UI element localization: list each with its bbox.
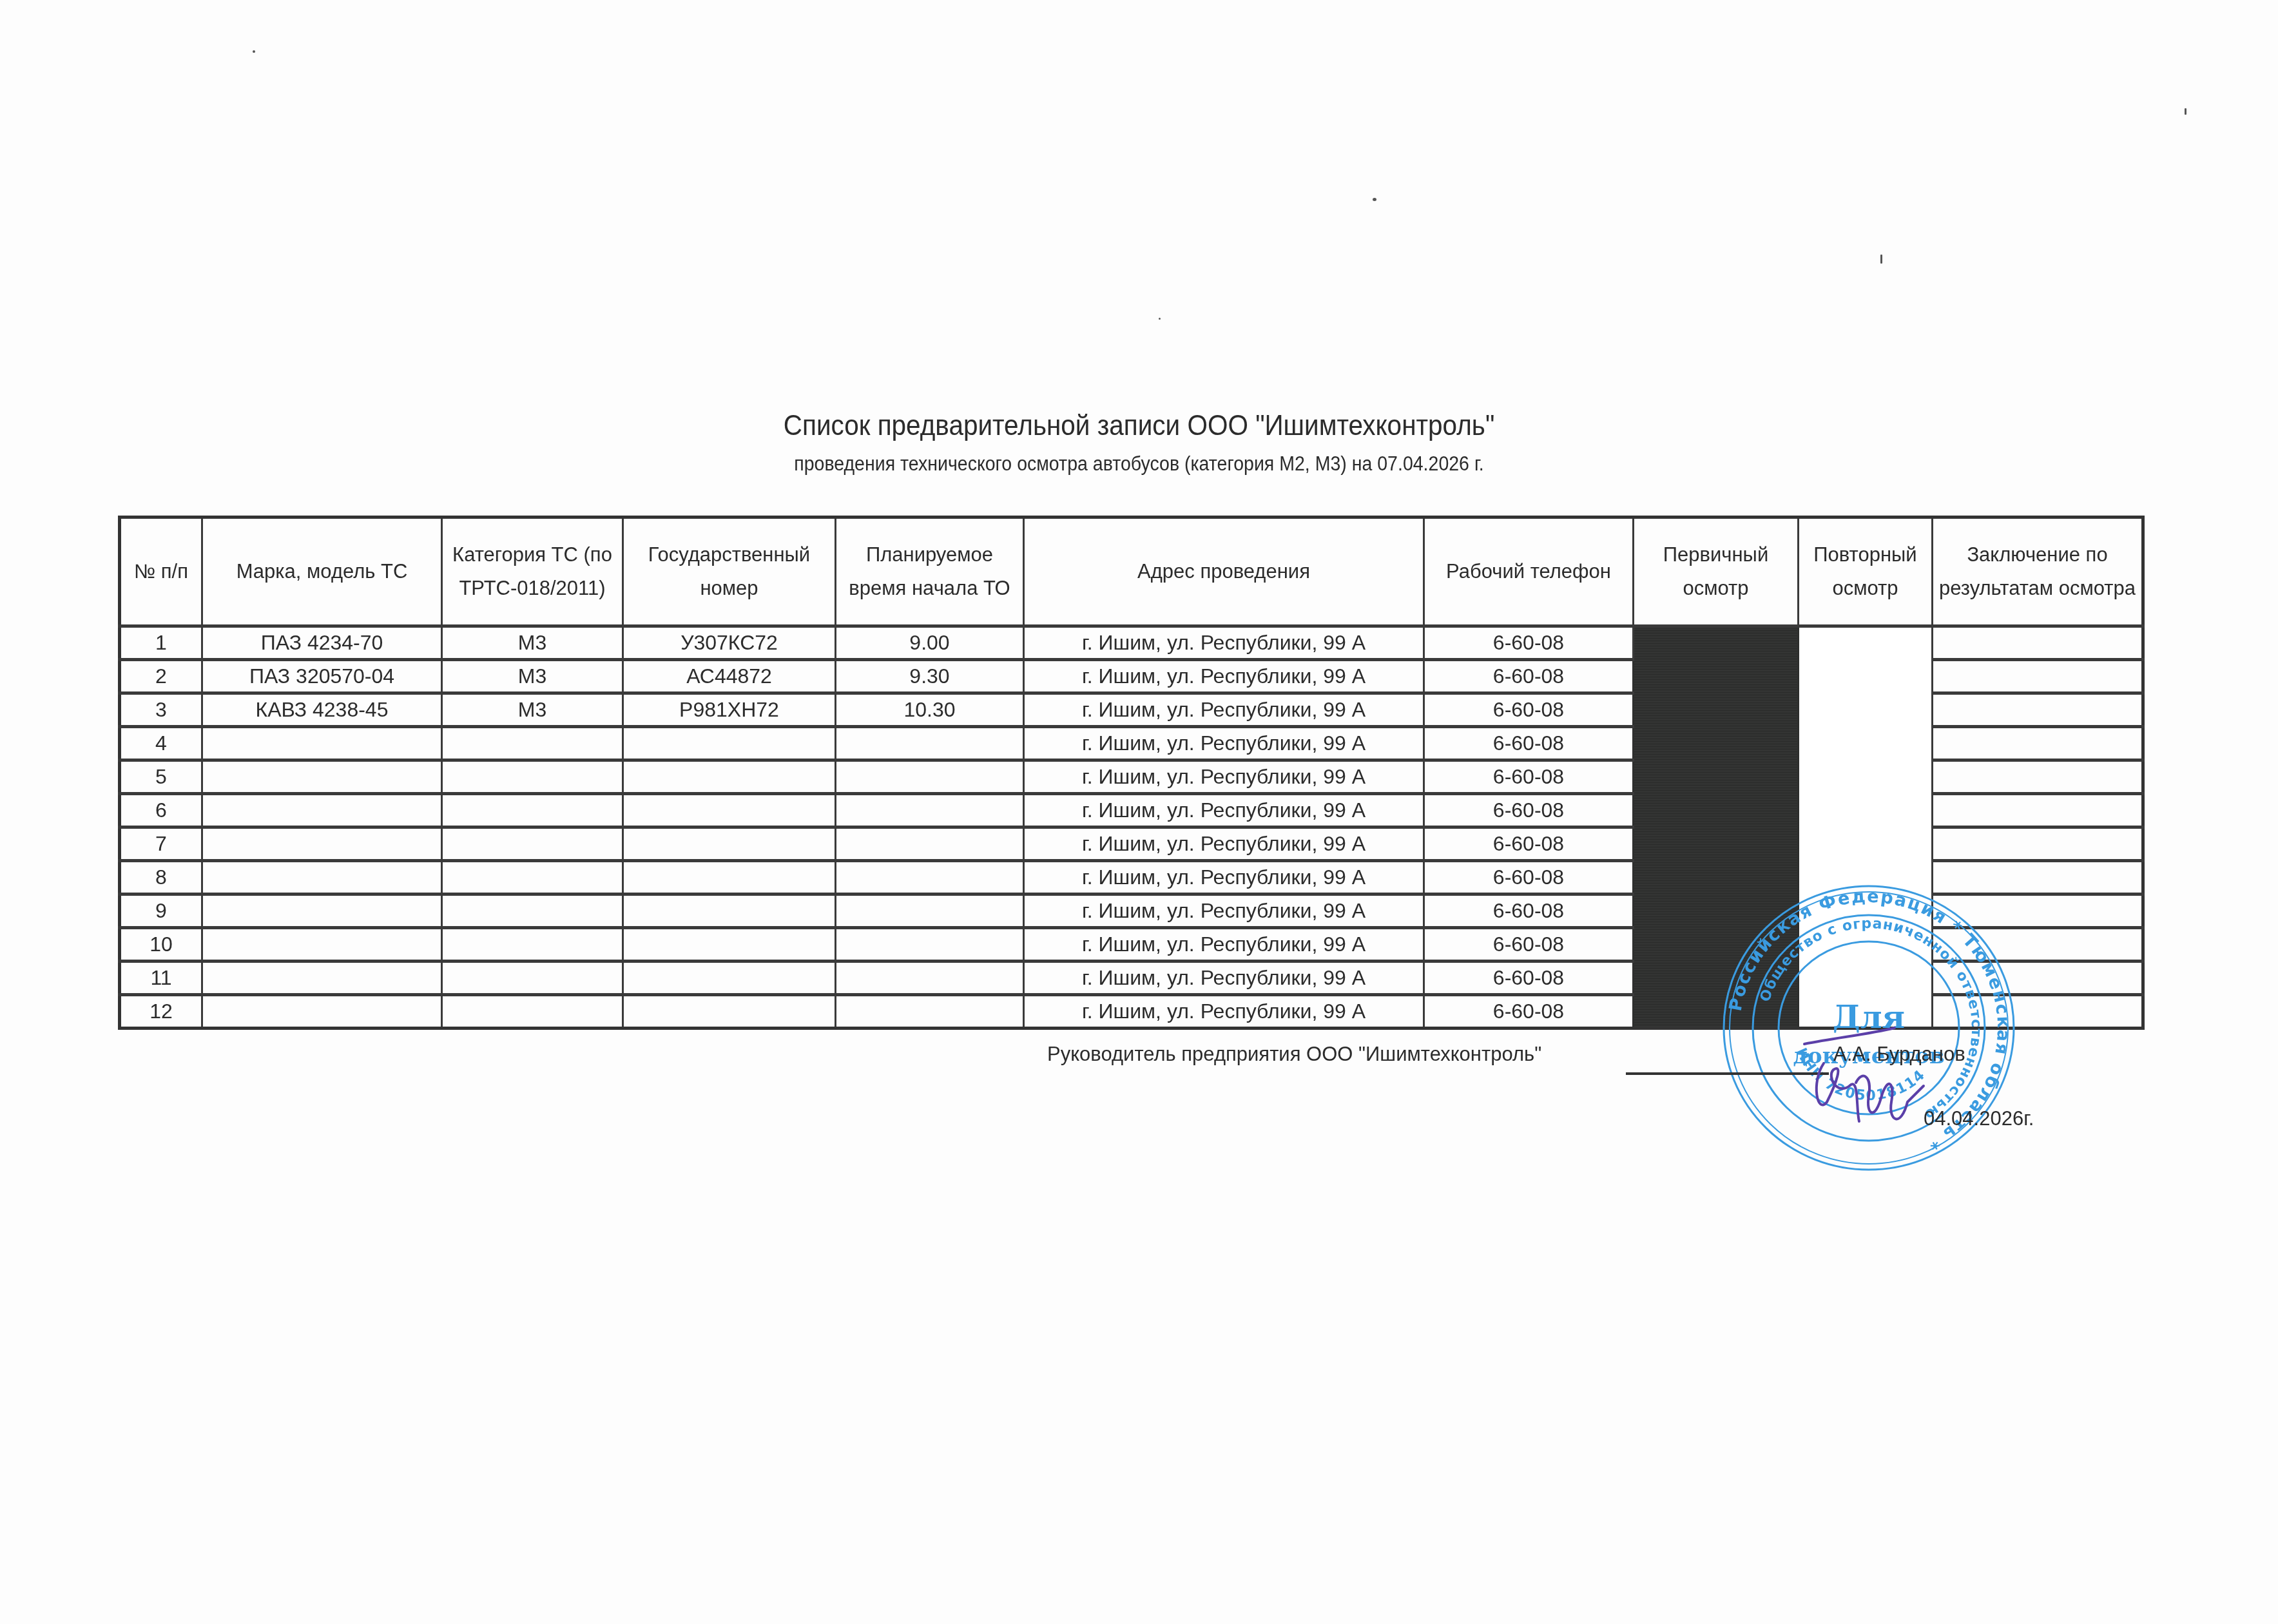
cell-phone: 6-60-08	[1424, 794, 1634, 827]
cell-num: 2	[120, 660, 202, 693]
cell-plate: У307КС72	[623, 626, 836, 660]
cell-address: г. Ишим, ул. Республики, 99 А	[1024, 962, 1424, 995]
cell-time	[836, 894, 1024, 928]
cell-model	[202, 727, 442, 760]
cell-plate: АС44872	[623, 660, 836, 693]
cell-num: 10	[120, 928, 202, 962]
cell-time: 9.00	[836, 626, 1024, 660]
cell-category	[442, 794, 623, 827]
cell-num: 6	[120, 794, 202, 827]
cell-plate	[623, 727, 836, 760]
cell-plate	[623, 995, 836, 1029]
header-time: Планируемое время начала ТО	[836, 517, 1024, 626]
scan-speck	[1373, 198, 1376, 201]
cell-address: г. Ишим, ул. Республики, 99 А	[1024, 995, 1424, 1029]
cell-category: М3	[442, 693, 623, 727]
cell-category	[442, 995, 623, 1029]
cell-model	[202, 894, 442, 928]
cell-time	[836, 827, 1024, 861]
cell-model	[202, 962, 442, 995]
cell-model	[202, 827, 442, 861]
cell-model: ПАЗ 4234-70	[202, 626, 442, 660]
cell-address: г. Ишим, ул. Республики, 99 А	[1024, 693, 1424, 727]
cell-address: г. Ишим, ул. Республики, 99 А	[1024, 827, 1424, 861]
cell-model	[202, 995, 442, 1029]
signer-name: А.А. Бурданов	[1833, 1043, 1965, 1066]
cell-conclusion	[1933, 861, 2143, 894]
cell-phone: 6-60-08	[1424, 928, 1634, 962]
cell-conclusion	[1933, 827, 2143, 861]
cell-address: г. Ишим, ул. Республики, 99 А	[1024, 727, 1424, 760]
cell-num: 8	[120, 861, 202, 894]
primary-inspection-redacted	[1634, 626, 1799, 1029]
cell-address: г. Ишим, ул. Республики, 99 А	[1024, 861, 1424, 894]
cell-phone: 6-60-08	[1424, 827, 1634, 861]
cell-time	[836, 727, 1024, 760]
cell-conclusion	[1933, 894, 2143, 928]
document-title: Список предварительной записи ООО "Ишимт…	[91, 410, 2186, 442]
cell-model	[202, 861, 442, 894]
cell-address: г. Ишим, ул. Республики, 99 А	[1024, 626, 1424, 660]
cell-phone: 6-60-08	[1424, 995, 1634, 1029]
cell-address: г. Ишим, ул. Республики, 99 А	[1024, 894, 1424, 928]
registration-table: № п/п Марка, модель ТС Категория ТС (по …	[118, 516, 2145, 1030]
signature-rule	[1626, 1072, 1829, 1075]
cell-time	[836, 995, 1024, 1029]
cell-conclusion	[1933, 928, 2143, 962]
cell-conclusion	[1933, 727, 2143, 760]
cell-phone: 6-60-08	[1424, 861, 1634, 894]
cell-model: КАВЗ 4238-45	[202, 693, 442, 727]
cell-category: М3	[442, 660, 623, 693]
table-row: 1ПАЗ 4234-70М3У307КС729.00г. Ишим, ул. Р…	[120, 626, 2143, 660]
cell-plate	[623, 962, 836, 995]
cell-phone: 6-60-08	[1424, 962, 1634, 995]
cell-address: г. Ишим, ул. Республики, 99 А	[1024, 660, 1424, 693]
cell-address: г. Ишим, ул. Республики, 99 А	[1024, 928, 1424, 962]
cell-category	[442, 962, 623, 995]
cell-phone: 6-60-08	[1424, 626, 1634, 660]
cell-plate	[623, 861, 836, 894]
header-category: Категория ТС (по ТРТС-018/2011)	[442, 517, 623, 626]
cell-num: 9	[120, 894, 202, 928]
header-address: Адрес проведения	[1024, 517, 1424, 626]
cell-phone: 6-60-08	[1424, 693, 1634, 727]
cell-time: 10.30	[836, 693, 1024, 727]
cell-num: 1	[120, 626, 202, 660]
cell-num: 12	[120, 995, 202, 1029]
cell-plate	[623, 760, 836, 794]
cell-conclusion	[1933, 995, 2143, 1029]
cell-conclusion	[1933, 760, 2143, 794]
cell-category	[442, 928, 623, 962]
cell-time	[836, 861, 1024, 894]
scan-speck	[253, 50, 255, 53]
cell-num: 11	[120, 962, 202, 995]
header-phone: Рабочий телефон	[1424, 517, 1634, 626]
cell-category	[442, 727, 623, 760]
scan-speck	[2185, 108, 2186, 115]
repeat-inspection-cell	[1799, 626, 1933, 1029]
cell-plate	[623, 928, 836, 962]
cell-plate	[623, 827, 836, 861]
cell-plate	[623, 794, 836, 827]
cell-address: г. Ишим, ул. Республики, 99 А	[1024, 794, 1424, 827]
cell-address: г. Ишим, ул. Республики, 99 А	[1024, 760, 1424, 794]
cell-num: 3	[120, 693, 202, 727]
cell-time: 9.30	[836, 660, 1024, 693]
cell-category	[442, 861, 623, 894]
cell-time	[836, 928, 1024, 962]
cell-model	[202, 794, 442, 827]
handwritten-signature	[1798, 1025, 1927, 1141]
signature-date: 04.04.2026г.	[1924, 1107, 2034, 1130]
cell-phone: 6-60-08	[1424, 660, 1634, 693]
cell-model	[202, 760, 442, 794]
cell-conclusion	[1933, 794, 2143, 827]
signature-position: Руководитель предприятия ООО "Ишимтехкон…	[1047, 1043, 1541, 1066]
cell-category	[442, 760, 623, 794]
scan-speck	[1880, 255, 1882, 264]
header-repeat-inspection: Повторный осмотр	[1799, 517, 1933, 626]
cell-category	[442, 827, 623, 861]
cell-conclusion	[1933, 660, 2143, 693]
document-subtitle: проведения технического осмотра автобусо…	[91, 452, 2186, 476]
cell-num: 7	[120, 827, 202, 861]
cell-time	[836, 760, 1024, 794]
cell-plate	[623, 894, 836, 928]
header-num: № п/п	[120, 517, 202, 626]
cell-category: М3	[442, 626, 623, 660]
header-model: Марка, модель ТС	[202, 517, 442, 626]
scan-speck	[1159, 318, 1161, 320]
cell-phone: 6-60-08	[1424, 760, 1634, 794]
cell-conclusion	[1933, 962, 2143, 995]
cell-num: 5	[120, 760, 202, 794]
cell-num: 4	[120, 727, 202, 760]
cell-plate: Р981ХН72	[623, 693, 836, 727]
cell-conclusion	[1933, 626, 2143, 660]
cell-conclusion	[1933, 693, 2143, 727]
cell-phone: 6-60-08	[1424, 727, 1634, 760]
table-header-row: № п/п Марка, модель ТС Категория ТС (по …	[120, 517, 2143, 626]
header-primary-inspection: Первичный осмотр	[1634, 517, 1799, 626]
cell-model: ПАЗ 320570-04	[202, 660, 442, 693]
header-plate: Государственный номер	[623, 517, 836, 626]
header-conclusion: Заключение по результатам осмотра	[1933, 517, 2143, 626]
cell-model	[202, 928, 442, 962]
cell-time	[836, 794, 1024, 827]
cell-category	[442, 894, 623, 928]
cell-phone: 6-60-08	[1424, 894, 1634, 928]
cell-time	[836, 962, 1024, 995]
